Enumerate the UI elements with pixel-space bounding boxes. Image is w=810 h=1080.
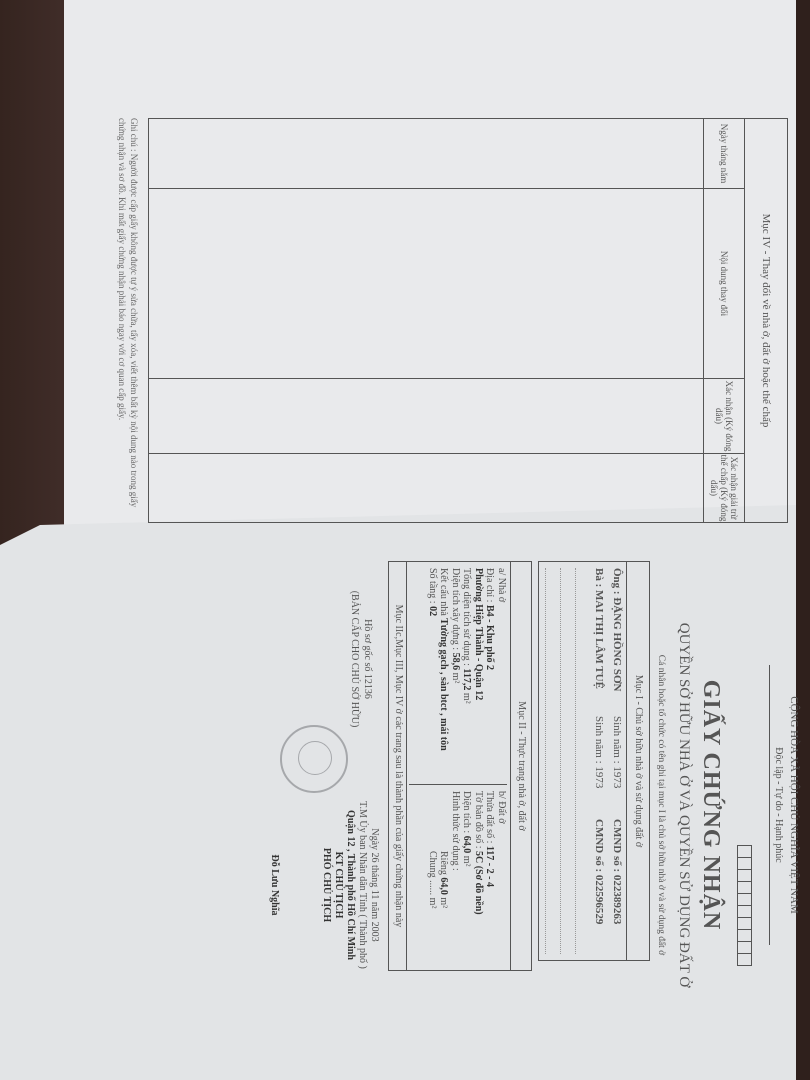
file-info: Hồ sơ gốc số 12136 (BẢN CẤP CHO CHỦ SỞ H… <box>348 569 374 749</box>
land-label: b/ Đất ở <box>496 791 508 971</box>
house-info: a/ Nhà ở Địa chỉ : B4 - Khu phố 2 Phường… <box>427 568 508 778</box>
intro-text: Cá nhân hoặc tổ chức có tên ghi tại mục … <box>656 555 666 1055</box>
section-ii: Mục II - Thực trạng nhà ở, đất ở a/ Nhà … <box>406 561 532 971</box>
signer-role-2: PHÓ CHỦ TỊCH <box>320 755 332 1015</box>
total-area-label: Tổng diện tích sử dụng : <box>462 568 473 666</box>
section-iv: Mục IV - Thay đổi về nhà ở, đất ở hoặc t… <box>148 118 788 528</box>
owner-name: Ông : ĐẶNG HỒNG SƠN <box>611 568 623 708</box>
owner-row: Bà : MAI THỊ LÂM TUỆ Sinh năm : 1973 CMN… <box>590 562 608 960</box>
unit: m² <box>462 693 473 704</box>
owner-id: CMND số : 022596529 <box>593 819 605 924</box>
floors-label: Số tầng : <box>427 568 438 604</box>
map-value: 5C (Sơ đồ nền) <box>473 851 484 915</box>
certificate: CỘNG HÒA XÃ HỘI CHỦ NGHĨA VIỆT NAM Độc l… <box>40 555 800 1055</box>
owner-birth: Sinh năm : 1973 <box>611 716 623 811</box>
col-content: Nội dung thay đổi <box>703 189 745 379</box>
signer-name: Đỗ Lưu Nghĩa <box>268 755 280 1015</box>
structure-value: Tường gạch , sàn btct , mái tôn <box>439 618 450 750</box>
land-info: b/ Đất ở Thửa đất số : 117 - 2 - 4 Tờ bả… <box>409 784 507 971</box>
unit: m² <box>462 856 473 867</box>
area-value: 64,0 <box>462 836 473 854</box>
owner-id: CMND số : 022389263 <box>611 819 623 924</box>
country-header: CỘNG HÒA XÃ HỘI CHỦ NGHĨA VIỆT NAM <box>788 555 800 1055</box>
map-label: Tờ bản đồ số : <box>473 791 484 849</box>
col-confirm: Xác nhận (Ký đóng dấu) <box>703 379 745 454</box>
file-number: Hồ sơ gốc số 12136 <box>361 569 374 749</box>
address-value-2: Phường Hiệp Thành - Quận 12 <box>473 568 485 778</box>
signer-role-1: KT CHỦ TỊCH <box>332 755 344 1015</box>
total-area-value: 117,2 <box>462 668 473 690</box>
certificate-title: GIẤY CHỨNG NHẬN <box>697 555 724 1055</box>
section-ii-title: Mục II - Thực trạng nhà ở, đất ở <box>510 562 531 970</box>
structure-label: Kết cấu nhà <box>439 568 450 616</box>
unit: m² <box>450 673 461 684</box>
owner-birth: Sinh năm : 1973 <box>593 716 605 811</box>
private-value: 64,0 <box>439 877 450 895</box>
plot-value: 117 - 2 - 4 <box>485 846 496 887</box>
usage-label: Hình thức sử dụng : <box>450 791 462 971</box>
col-date: Ngày tháng năm <box>703 119 745 189</box>
official-seal-icon <box>280 725 348 793</box>
motto: Độc lập - Tự do - Hạnh phúc <box>769 665 784 945</box>
authority-district: Quận 12 , Thành phố Hồ Chí Minh <box>344 755 356 1015</box>
col-content-body <box>149 189 703 379</box>
signature-block: Ngày 26 tháng 11 năm 2003 T.M Ủy ban Nhâ… <box>268 755 380 1015</box>
serial-boxes <box>737 845 752 965</box>
footer-note: Mục IIc,Mục III, Mục IV ở các trang sau … <box>388 561 406 971</box>
issue-date: Ngày 26 tháng 11 năm 2003 <box>368 755 380 1015</box>
section-i-title: Mục I - Chủ sở hữu nhà ở và sử dụng đất … <box>626 562 649 960</box>
col-release: Xác nhận giải trừ thế chấp (Ký đóng dấu) <box>703 454 745 522</box>
area-label: Diện tích : <box>462 791 473 833</box>
authority: T.M Ủy ban Nhân dân Tỉnh ( Thành phố ) <box>356 755 368 1015</box>
private-label: Riêng <box>439 851 450 875</box>
col-date-body <box>149 119 703 189</box>
address-value: B4 - Khu phố 2 <box>485 605 496 670</box>
section-iv-title: Mục IV - Thay đổi về nhà ở, đất ở hoặc t… <box>744 119 787 522</box>
built-area-label: Diện tích xây dựng : <box>450 568 461 650</box>
unit: m² <box>439 897 450 908</box>
usage-note: Ghi chú : Người được cấp giấy không được… <box>116 118 140 528</box>
built-area-value: 58,6 <box>450 653 461 671</box>
floors-value: 02 <box>427 606 438 616</box>
copy-note: (BẢN CẤP CHO CHỦ SỞ HỮU) <box>348 569 361 749</box>
shared-label: Chung <box>427 851 438 878</box>
section-i: Mục I - Chủ sở hữu nhà ở và sử dụng đất … <box>538 561 650 961</box>
col-confirm-body <box>149 379 703 454</box>
unit: m² <box>427 898 438 909</box>
owner-row: Ông : ĐẶNG HỒNG SƠN Sinh năm : 1973 CMND… <box>608 562 626 960</box>
owner-name: Bà : MAI THỊ LÂM TUỆ <box>593 568 605 708</box>
plot-label: Thửa đất số : <box>485 791 496 843</box>
certificate-subtitle: QUYỀN SỞ HỮU NHÀ Ở VÀ QUYỀN SỬ DỤNG ĐẤT … <box>675 555 692 1055</box>
house-label: a/ Nhà ở <box>496 568 508 778</box>
address-label: Địa chỉ : <box>485 568 496 602</box>
changes-table: Mục IV - Thay đổi về nhà ở, đất ở hoặc t… <box>148 118 788 523</box>
